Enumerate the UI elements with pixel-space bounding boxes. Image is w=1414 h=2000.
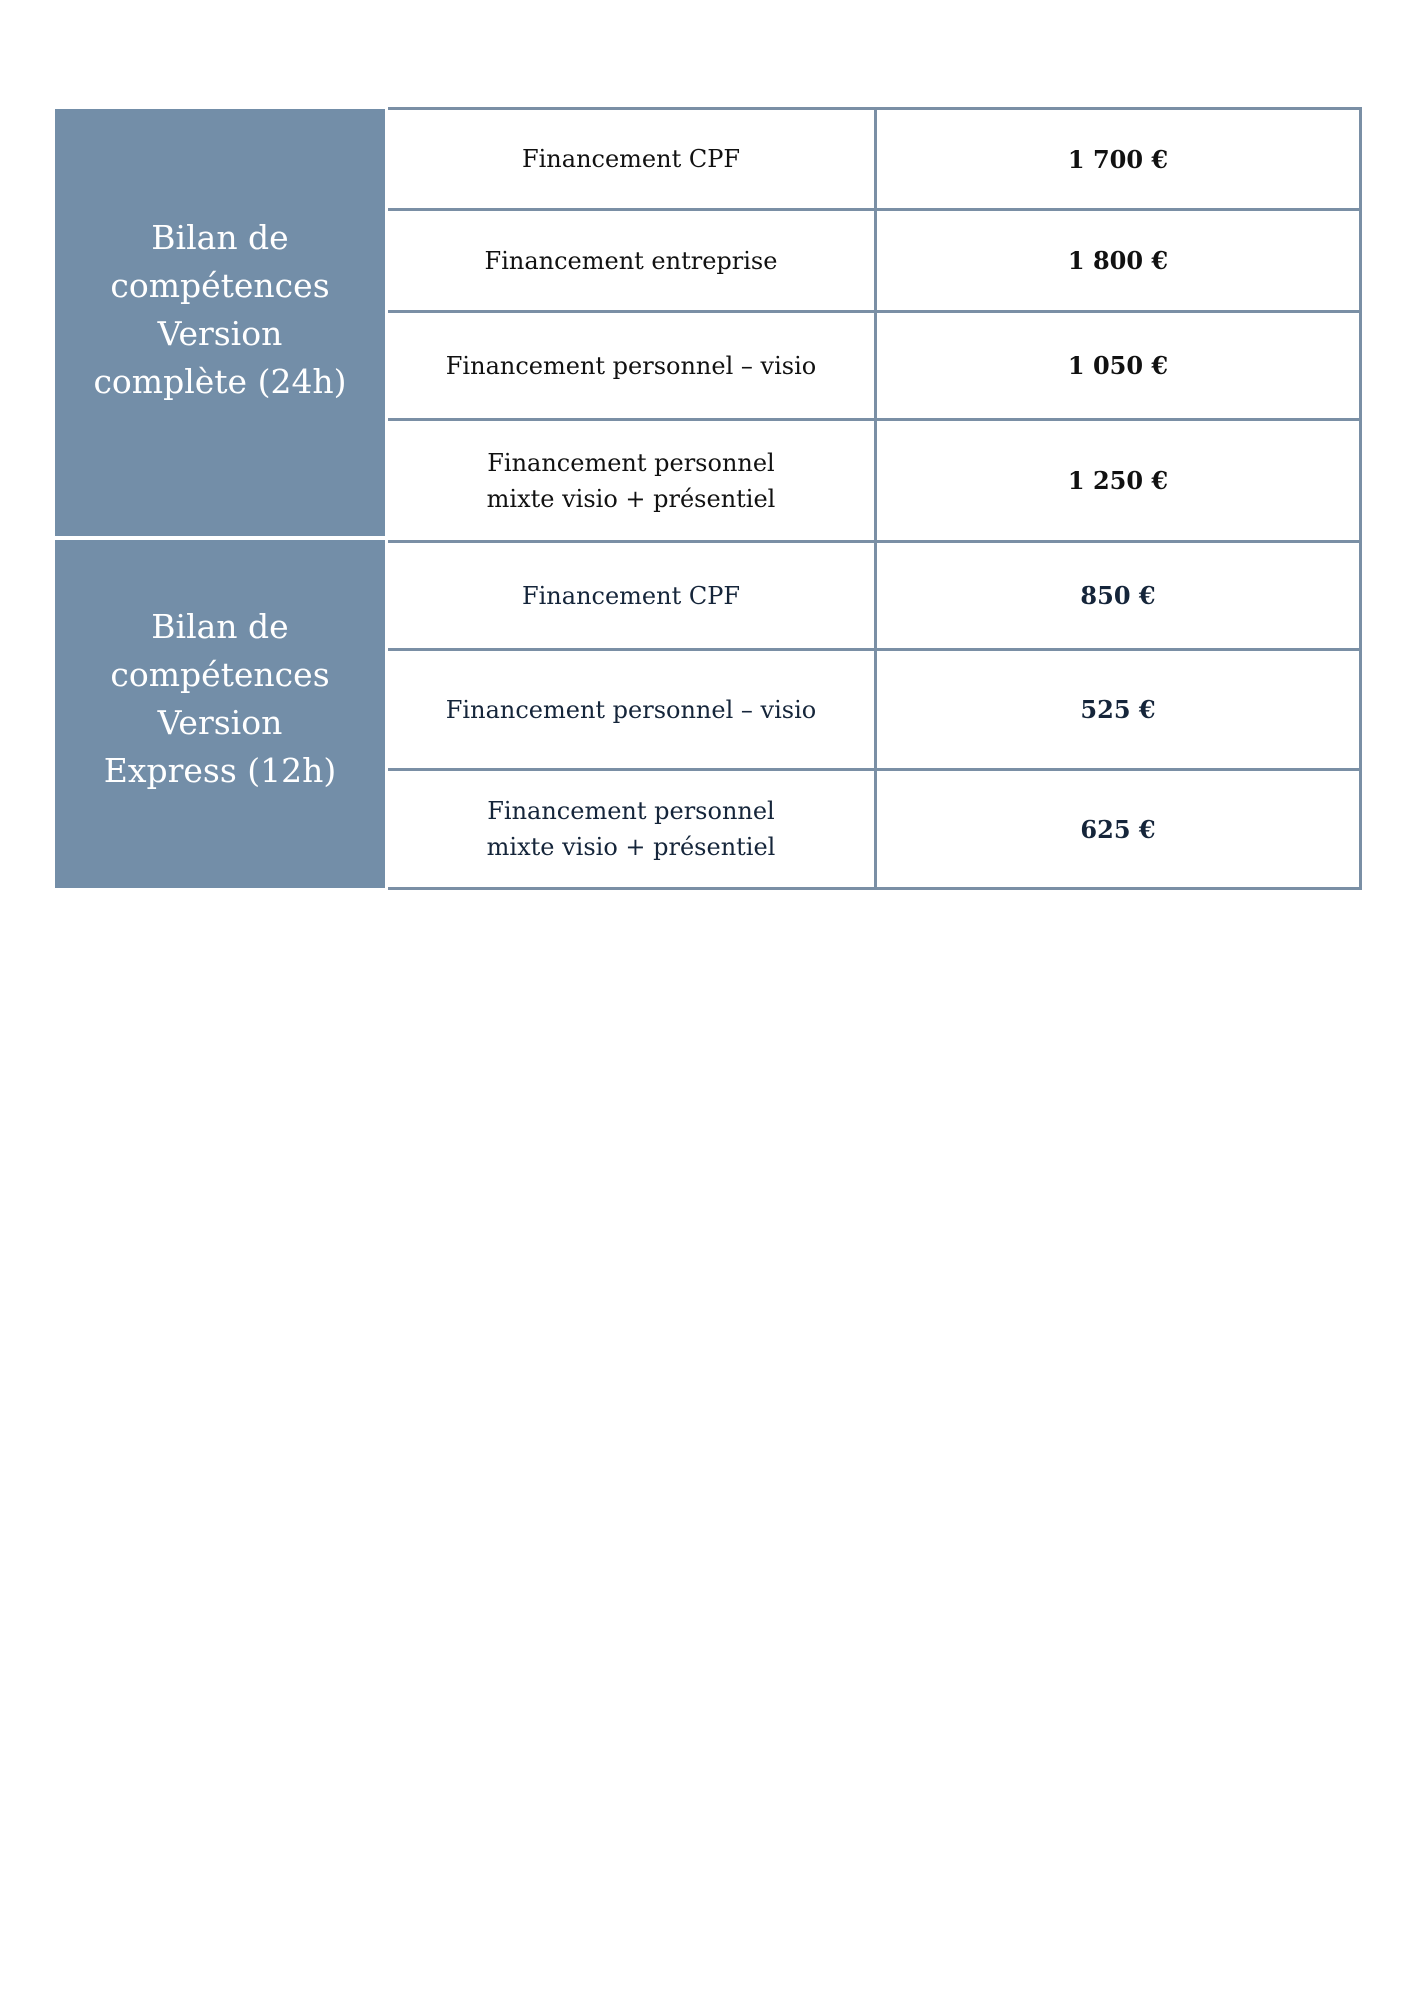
price: 1 800 € [1068,246,1168,275]
price-cell: 525 € [876,650,1361,770]
table-row: Financement personnel mixte visio + prés… [388,770,1361,889]
funding-type: Financement personnel mixte visio + prés… [487,449,776,513]
price: 850 € [1080,581,1155,610]
table-row: Financement CPF 850 € [388,542,1361,650]
table-row: Financement entreprise 1 800 € [388,210,1361,312]
section-title-express: Bilan de compétences Version Express (12… [55,540,385,888]
price-cell: 625 € [876,770,1361,889]
funding-type: Financement CPF [522,582,740,610]
funding-type-cell: Financement CPF [388,109,876,210]
funding-type-cell: Financement personnel mixte visio + prés… [388,420,876,542]
pricing-table: Financement CPF 1 700 € Financement entr… [388,107,1362,890]
funding-type: Financement CPF [522,145,740,173]
price: 1 050 € [1068,351,1168,380]
price-cell: 1 800 € [876,210,1361,312]
funding-type: Financement personnel – visio [446,696,816,724]
price-cell: 1 050 € [876,312,1361,420]
section-title-complete: Bilan de compétences Version complète (2… [55,109,385,536]
funding-type: Financement personnel mixte visio + prés… [487,797,776,861]
price: 525 € [1080,695,1155,724]
price-cell: 1 250 € [876,420,1361,542]
price: 625 € [1080,815,1155,844]
price-cell: 850 € [876,542,1361,650]
funding-type: Financement entreprise [485,247,778,275]
funding-type-cell: Financement personnel – visio [388,312,876,420]
funding-type-cell: Financement personnel – visio [388,650,876,770]
table-row: Financement personnel – visio 1 050 € [388,312,1361,420]
price-cell: 1 700 € [876,109,1361,210]
table-row: Financement CPF 1 700 € [388,109,1361,210]
funding-type-cell: Financement CPF [388,542,876,650]
price: 1 250 € [1068,466,1168,495]
funding-type: Financement personnel – visio [446,352,816,380]
funding-type-cell: Financement personnel mixte visio + prés… [388,770,876,889]
section-title-label: Bilan de compétences Version complète (2… [93,214,346,406]
table-row: Financement personnel mixte visio + prés… [388,420,1361,542]
table-row: Financement personnel – visio 525 € [388,650,1361,770]
price: 1 700 € [1068,145,1168,174]
section-title-label: Bilan de compétences Version Express (12… [104,603,336,795]
funding-type-cell: Financement entreprise [388,210,876,312]
